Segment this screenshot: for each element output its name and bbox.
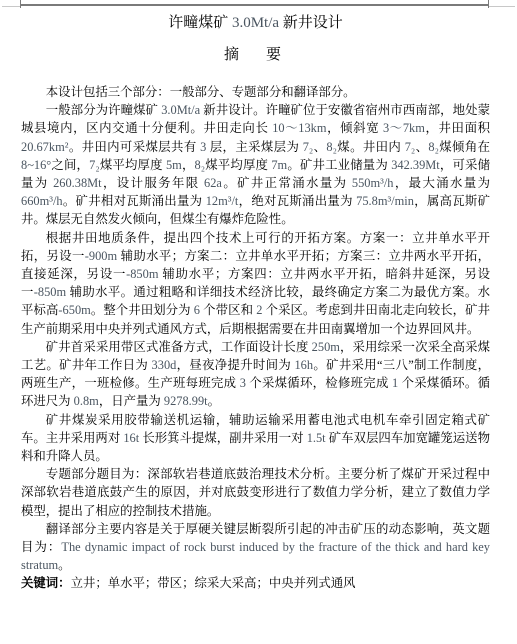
page-top-edge-line xyxy=(20,4,488,6)
document-page: 许疃煤矿 3.0Mt/a 新井设计 摘 要 本设计包括三个部分：一般部分、专题部… xyxy=(0,0,517,644)
abstract-paragraph-general: 一般部分为许疃煤矿 3.0Mt/a 新井设计。许疃矿位于安徽省宿州市西南部，地处… xyxy=(21,101,490,228)
abstract-body: 本设计包括三个部分：一般部分、专题部分和翻译部分。 一般部分为许疃煤矿 3.0M… xyxy=(21,83,490,593)
abstract-paragraph-transport: 矿井煤炭采用胶带输送机运输，辅助运输采用蓄电池式电机车牵引固定箱式矿车。主井采用… xyxy=(21,411,490,466)
keywords-label: 关键词： xyxy=(21,576,71,590)
page-edge-light-left xyxy=(2,6,20,7)
document-title: 许疃煤矿 3.0Mt/a 新井设计 xyxy=(21,13,490,33)
abstract-heading: 摘 要 xyxy=(21,45,490,65)
abstract-paragraph-schemes: 根据井田地质条件，提出四个技术上可行的开拓方案。方案一：立井单水平开拓，另设一-… xyxy=(21,229,490,338)
abstract-paragraph-translation: 翻译部分主要内容是关于厚硬关键层断裂所引起的冲击矿压的动态影响，英文题目为：Th… xyxy=(21,520,490,575)
page-edge-light-right xyxy=(489,6,515,7)
abstract-paragraph-intro: 本设计包括三个部分：一般部分、专题部分和翻译部分。 xyxy=(21,83,490,101)
abstract-paragraph-mining: 矿井首采采用带区式准备方式，工作面设计长度 250m，采用综采一次采全高采煤工艺… xyxy=(21,338,490,411)
keywords-text: 立井；单水平；带区；综采大采高；中央并列式通风 xyxy=(71,576,356,590)
document-content: 许疃煤矿 3.0Mt/a 新井设计 摘 要 本设计包括三个部分：一般部分、专题部… xyxy=(21,13,490,593)
keywords-line: 关键词：立井；单水平；带区；综采大采高；中央并列式通风 xyxy=(21,574,490,592)
page-edge-tick-left xyxy=(20,0,21,8)
abstract-paragraph-special-topic: 专题部分题目为：深部软岩巷道底鼓治理技术分析。主要分析了煤矿开采过程中深部软岩巷… xyxy=(21,465,490,520)
